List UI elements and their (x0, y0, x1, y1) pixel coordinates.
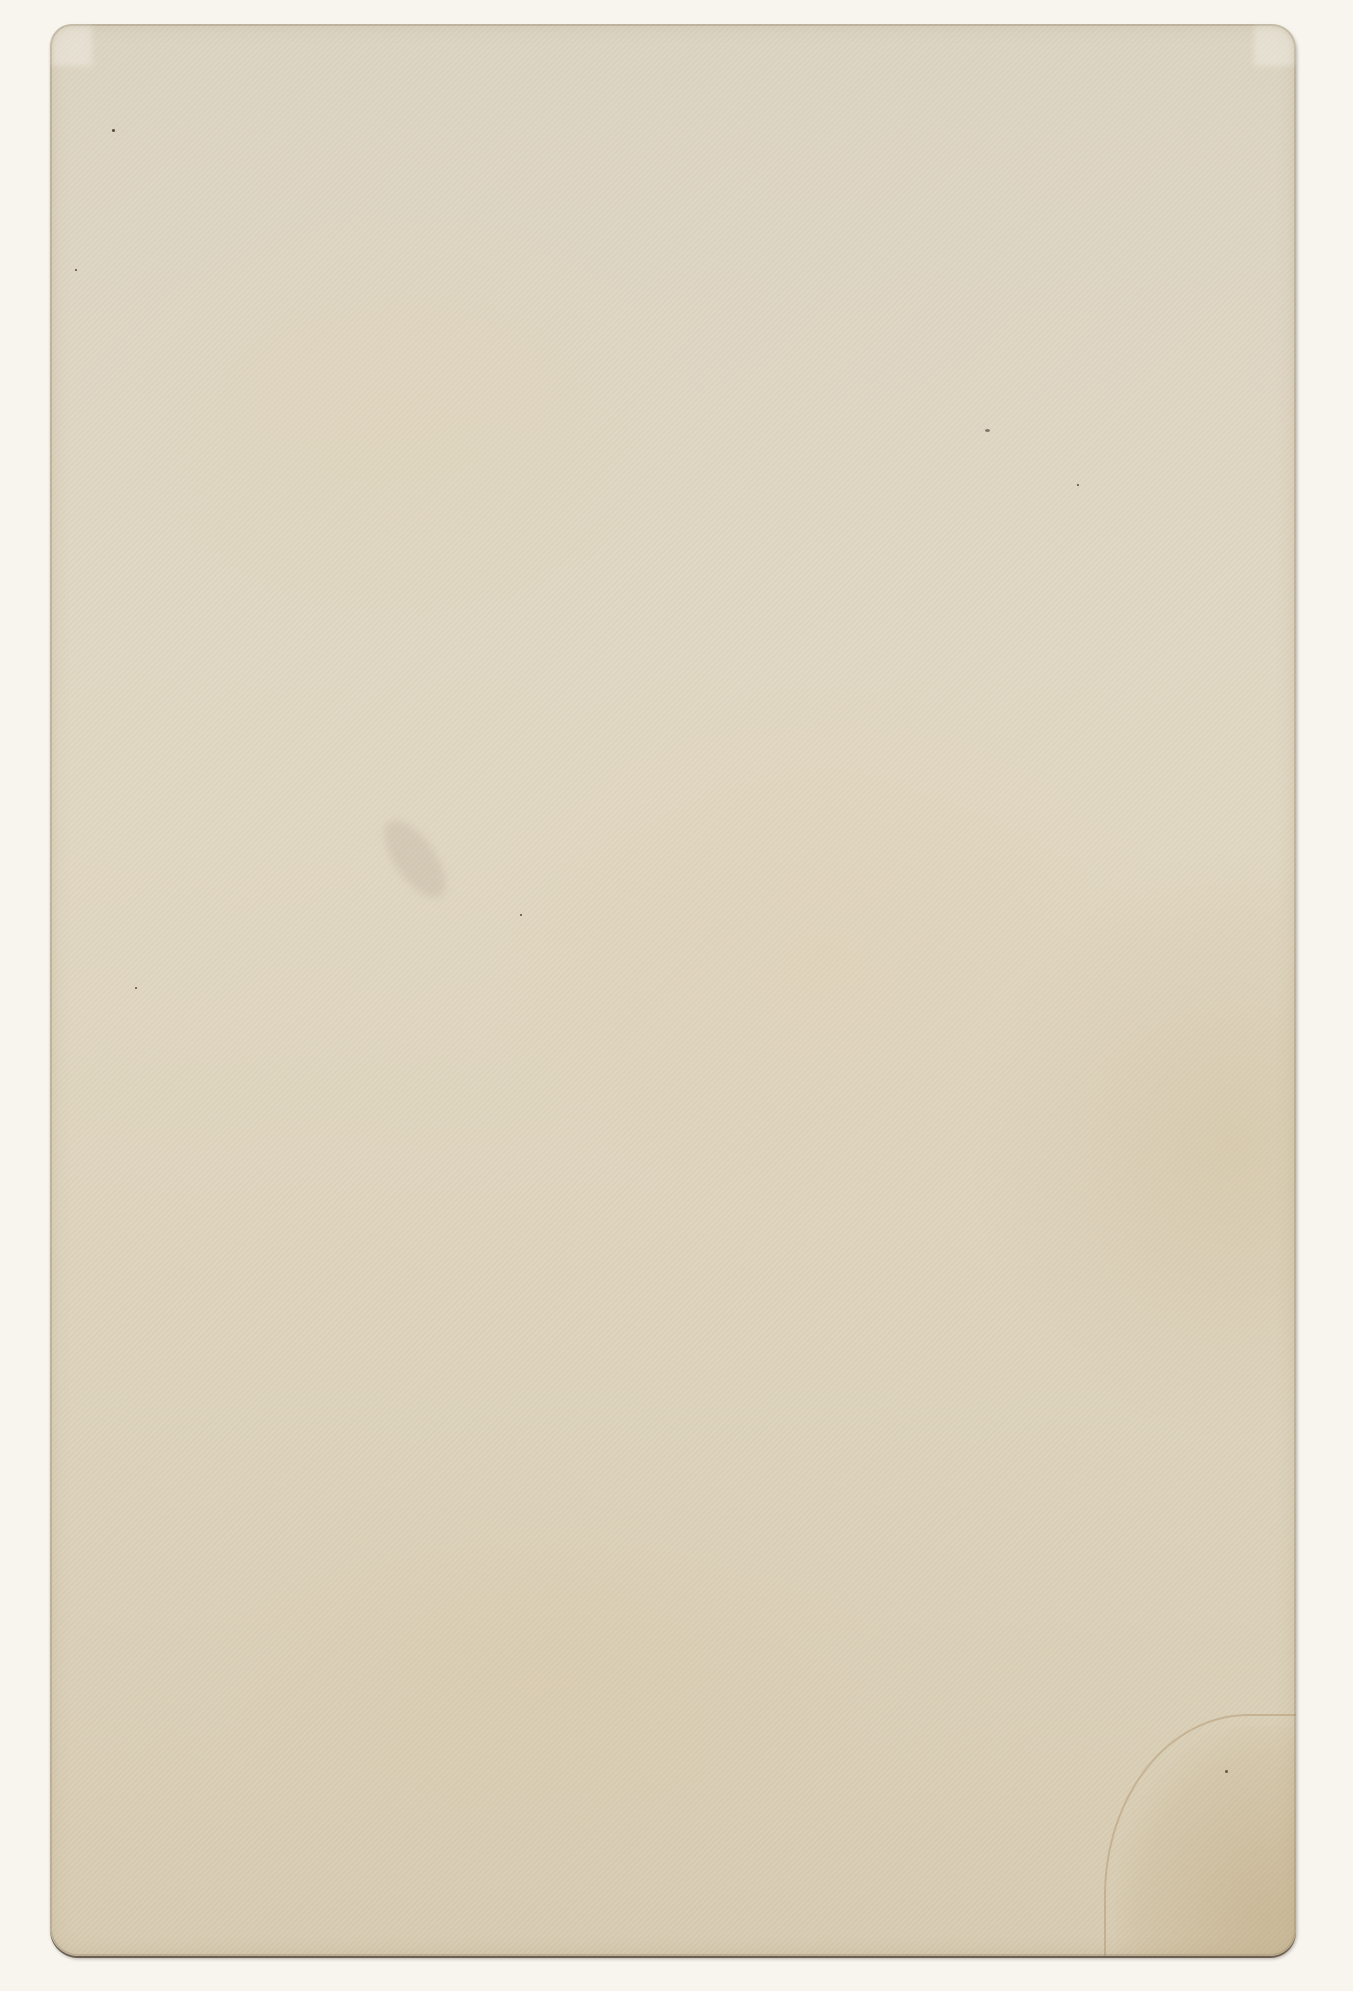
cabinet-card-back (50, 24, 1296, 1956)
worn-corner-top-left (52, 26, 92, 66)
speck (75, 269, 77, 271)
water-stain-edge (1104, 1714, 1296, 1956)
smudge-mark (373, 811, 457, 908)
speck (135, 987, 137, 989)
speck (1077, 484, 1079, 486)
worn-corner-top-right (1254, 26, 1294, 66)
speck (112, 129, 115, 132)
speck (520, 914, 522, 916)
speck (985, 429, 990, 432)
